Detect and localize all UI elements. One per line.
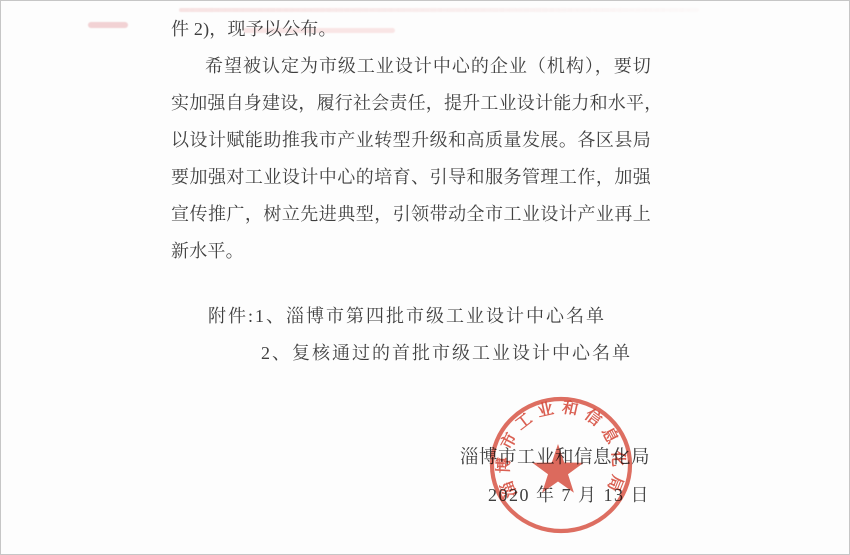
body-line: 宣传推广，树立先进典型，引领带动全市工业设计产业再上 bbox=[171, 196, 651, 233]
scan-artifact-smudge bbox=[88, 22, 128, 28]
body-line: 件 2)，现予以公布。 bbox=[171, 11, 651, 48]
signature-org-name: 淄博市工业和信息化局 bbox=[460, 445, 650, 471]
signature-date: 2020 年 7 月 13 日 bbox=[488, 482, 650, 508]
body-line: 希望被认定为市级工业设计中心的企业（机构），要切 bbox=[171, 48, 651, 85]
body-line: 新水平。 bbox=[171, 233, 651, 270]
attachment-line-2: 2、复核通过的首批市级工业设计中心名单 bbox=[171, 335, 651, 372]
attachment-line-1: 附件:1、淄博市第四批市级工业设计中心名单 bbox=[171, 298, 651, 335]
body-line: 实加强自身建设，履行社会责任，提升工业设计能力和水平， bbox=[171, 85, 651, 122]
body-line: 以设计赋能助推我市产业转型升级和高质量发展。各区县局 bbox=[171, 122, 651, 159]
body-line: 要加强对工业设计中心的培育、引导和服务管理工作，加强 bbox=[171, 159, 651, 196]
document-body: 件 2)，现予以公布。 希望被认定为市级工业设计中心的企业（机构），要切 实加强… bbox=[171, 11, 651, 372]
scanned-document-page: 件 2)，现予以公布。 希望被认定为市级工业设计中心的企业（机构），要切 实加强… bbox=[0, 0, 850, 555]
